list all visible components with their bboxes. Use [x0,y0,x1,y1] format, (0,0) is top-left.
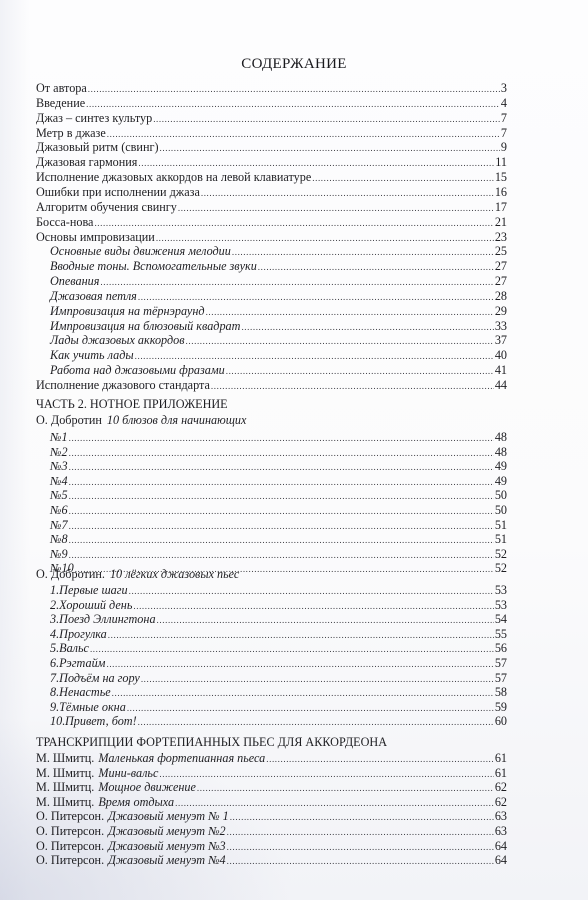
toc-entry: №449 [50,474,507,489]
toc-entry: М. Шмитц.Маленькая фортепианная пьеса61 [36,751,507,766]
toc-entry-work: Джазовый менуэт №2 [108,824,226,838]
toc-entry-title: №9 [50,547,68,562]
toc-entry-author: О. Питерсон. [36,839,104,853]
toc-entry-page: 64 [495,839,507,854]
dot-leader [226,364,494,379]
toc-entry: 4.Прогулка55 [50,627,507,642]
toc-entry: О. Питерсон.Джазовый менуэт № 163 [36,809,507,824]
dot-leader [178,201,494,216]
toc-entry: 9.Тёмные окна59 [50,700,507,715]
toc-entry-title: Джазовая гармония [36,155,137,170]
toc-entry: Джаз – синтез культур7 [36,111,507,126]
toc-entry: Работа над джазовыми фразами41 [50,363,507,378]
toc-entry-page: 57 [495,671,507,686]
dot-leader [156,231,494,246]
toc-entry-page: 27 [495,274,507,289]
toc-entry: Введение4 [36,96,507,111]
toc-entry: Импровизация на блюзовый квадрат33 [50,319,507,334]
toc-entry-page: 63 [495,809,507,824]
toc-entry-title: Тёмные окна [59,700,126,715]
dot-leader [201,186,494,201]
dot-leader [138,715,494,730]
toc-entry-page: 11 [495,155,507,170]
toc-entry-page: 33 [495,319,507,334]
toc-entry-title: Привет, бот! [65,714,137,729]
toc-entry-title: От автора [36,81,87,96]
pieces-collection-heading: О. Добротин.10 лёгких джазовых пьес [36,567,239,582]
toc-entry-page: 40 [495,348,507,363]
dot-leader [138,156,494,171]
toc-entry-work: Время отдыха [98,795,174,809]
toc-entry: 3.Поезд Эллингтона54 [50,612,507,627]
dot-leader [160,141,500,156]
toc-entry-page: 50 [495,503,507,518]
toc-entry-number: 7. [50,671,59,686]
toc-entry-title: Поезд Эллингтона [59,612,155,627]
toc-entry: 8.Ненастье58 [50,685,507,700]
toc-entry: О. Питерсон.Джазовый менуэт №464 [36,853,507,868]
toc-entry: №349 [50,459,507,474]
toc-entry-page: 60 [495,714,507,729]
toc-entry-title: Основы импровизации [36,230,155,245]
toc-entry-author: О. Питерсон. [36,853,104,867]
toc-entry-title: Джазовая петля [50,289,137,304]
toc-entry-page: 49 [495,474,507,489]
dot-leader [211,379,494,394]
toc-entry: Как учить лады40 [50,348,507,363]
toc-entry-page: 15 [495,170,507,185]
transcriptions-heading: ТРАНСКРИПЦИИ ФОРТЕПИАННЫХ ПЬЕС ДЛЯ АККОР… [36,735,387,750]
toc-entry-title: Основные виды движения мелодии [50,244,231,259]
toc-entry-page: 3 [501,81,507,96]
dot-leader [107,127,500,142]
toc-entry: Опевания27 [50,274,507,289]
toc-entry: М. Шмитц.Мощное движение62 [36,780,507,795]
toc-entry-title: №7 [50,518,68,533]
toc-entry-number: 4. [50,627,59,642]
toc-entry-work: Джазовый менуэт №4 [108,853,226,867]
toc-entry-number: 9. [50,700,59,715]
toc-entry: 5.Вальс56 [50,641,507,656]
toc-entry-page: 53 [495,598,507,613]
toc-entry-title: Лады джазовых аккордов [50,333,185,348]
blues-collection-title: 10 блюзов для начинающих [107,413,247,427]
toc-entry: О. Питерсон.Джазовый менуэт №263 [36,824,507,839]
toc-entry-page: 28 [495,289,507,304]
toc-entry-page: 16 [495,185,507,200]
toc-entry-number: 1. [50,583,59,598]
toc-entry-page: 29 [495,304,507,319]
toc-entry-title: Вальс [59,641,89,656]
toc-entry-author: М. Шмитц. [36,766,94,780]
pieces-author: О. Добротин. [36,567,105,581]
pieces-collection-title: 10 лёгких джазовых пьес [110,567,239,581]
toc-entry: Основы импровизации23 [36,230,507,245]
toc-entry: Джазовая гармония11 [36,155,507,170]
toc-entry-title: О. Питерсон.Джазовый менуэт №2 [36,824,226,839]
toc-entry-page: 61 [495,766,507,781]
dot-leader [135,349,494,364]
toc-entry: М. Шмитц.Время отдыха62 [36,795,507,810]
dot-leader [312,171,494,186]
toc-entry: О. Питерсон.Джазовый менуэт №364 [36,839,507,854]
toc-entry: Босса-нова21 [36,215,507,230]
toc-entry-page: 63 [495,824,507,839]
toc-entry-author: О. Питерсон. [36,824,104,838]
toc-entry: 10.Привет, бот!60 [50,714,507,729]
toc-entry-title: Первые шаги [59,583,127,598]
toc-entry-page: 64 [495,853,507,868]
toc-entry-title: М. Шмитц.Мини-вальс [36,766,158,781]
toc-entry-page: 7 [501,126,507,141]
toc-entry: От автора3 [36,81,507,96]
part2-heading: ЧАСТЬ 2. НОТНОЕ ПРИЛОЖЕНИЕ [36,397,228,412]
toc-entry-work: Мощное движение [98,780,196,794]
toc-entry-number: 5. [50,641,59,656]
toc-entry-page: 52 [495,561,507,576]
toc-entry-work: Мини-вальс [98,766,158,780]
toc-entry: 6.Рэгтайм57 [50,656,507,671]
toc-entry: М. Шмитц.Мини-вальс61 [36,766,507,781]
toc-entry: 7.Подъём на гору57 [50,671,507,686]
toc-entry-page: 51 [495,532,507,547]
toc-entry-title: М. Шмитц.Маленькая фортепианная пьеса [36,751,265,766]
toc-entry-page: 48 [495,445,507,460]
toc-entry: №148 [50,430,507,445]
toc-entry-page: 9 [501,140,507,155]
toc-entry-number: 8. [50,685,59,700]
toc-entry-title: Босса-нова [36,215,93,230]
toc-entry-page: 52 [495,547,507,562]
toc-entry-title: Как учить лады [50,348,134,363]
toc-entry-title: М. Шмитц.Мощное движение [36,780,196,795]
dot-leader [100,275,493,290]
toc-entry: 2.Хороший день53 [50,598,507,613]
toc-entry-title: Джазовый ритм (свинг) [36,140,159,155]
toc-entry-title: Исполнение джазовых аккордов на левой кл… [36,170,311,185]
toc-entry-page: 25 [495,244,507,259]
toc-entry-page: 49 [495,459,507,474]
toc-entry: Алгоритм обучения свингу17 [36,200,507,215]
toc-entry-page: 59 [495,700,507,715]
toc-entry-page: 62 [495,795,507,810]
toc-entry: №248 [50,445,507,460]
toc-entry-title: №1 [50,430,68,445]
toc-entry-title: Исполнение джазового стандарта [36,378,210,393]
toc-entry-title: Хороший день [59,598,132,613]
toc-entry-page: 62 [495,780,507,795]
toc-entry-page: 17 [495,200,507,215]
toc-entry-page: 58 [495,685,507,700]
dot-leader [227,854,494,869]
toc-entry: Вводные тоны. Вспомогательные звуки27 [50,259,507,274]
dot-leader [206,305,494,320]
toc-title: СОДЕРЖАНИЕ [0,56,588,73]
toc-entry: №851 [50,532,507,547]
dot-leader [88,82,500,97]
toc-entry: №751 [50,518,507,533]
toc-entry: №550 [50,488,507,503]
toc-entry-title: Импровизация на тёрнэраунд [50,304,205,319]
toc-entry: Ошибки при исполнении джаза16 [36,185,507,200]
toc-entry-author: М. Шмитц. [36,751,94,765]
toc-entry-title: Работа над джазовыми фразами [50,363,225,378]
toc-entry-number: 6. [50,656,59,671]
toc-entry-title: №3 [50,459,68,474]
toc-entry: Импровизация на тёрнэраунд29 [50,304,507,319]
toc-entry-page: 53 [495,583,507,598]
toc-entry-title: О. Питерсон.Джазовый менуэт №4 [36,853,226,868]
toc-entry-title: Алгоритм обучения свингу [36,200,177,215]
toc-entry-title: №2 [50,445,68,460]
toc-entry-author: О. Питерсон. [36,809,104,823]
dot-leader [153,112,500,127]
toc-entry-title: Импровизация на блюзовый квадрат [50,319,240,334]
toc-entry: №952 [50,547,507,562]
toc-entry-page: 37 [495,333,507,348]
toc-entry: Основные виды движения мелодии25 [50,244,507,259]
toc-entry-title: О. Питерсон.Джазовый менуэт № 1 [36,809,229,824]
toc-entry-title: Ошибки при исполнении джаза [36,185,200,200]
toc-entry-title: Рэгтайм [59,656,105,671]
dot-leader [258,260,494,275]
toc-entry-page: 50 [495,488,507,503]
dot-leader [186,334,494,349]
toc-entry-page: 41 [495,363,507,378]
toc-entry-number: 10. [50,714,65,729]
blues-collection-heading: О. Добротин10 блюзов для начинающих [36,413,246,428]
toc-entry-number: 2. [50,598,59,613]
dot-leader [86,97,500,112]
toc-entry-page: 61 [495,751,507,766]
toc-entry: Лады джазовых аккордов37 [50,333,507,348]
toc-entry-title: №8 [50,532,68,547]
toc-entry-page: 55 [495,627,507,642]
toc-entry-title: М. Шмитц.Время отдыха [36,795,174,810]
toc-entry-title: Ненастье [59,685,111,700]
dot-leader [232,245,494,260]
toc-entry: Метр в джазе7 [36,126,507,141]
toc-entry-page: 44 [495,378,507,393]
toc-entry: 1.Первые шаги53 [50,583,507,598]
toc-entry-title: №5 [50,488,68,503]
toc-entry-title: О. Питерсон.Джазовый менуэт №3 [36,839,226,854]
blues-author: О. Добротин [36,413,102,427]
toc-entry-title: Вводные тоны. Вспомогательные звуки [50,259,257,274]
toc-entry-page: 21 [495,215,507,230]
dot-leader [94,216,493,231]
toc-entry-page: 51 [495,518,507,533]
toc-entry-title: Введение [36,96,85,111]
toc-entry-title: №4 [50,474,68,489]
toc-entry-page: 56 [495,641,507,656]
toc-entry: Джазовая петля28 [50,289,507,304]
toc-entry-author: М. Шмитц. [36,795,94,809]
toc-entry-page: 23 [495,230,507,245]
toc-entry-author: М. Шмитц. [36,780,94,794]
toc-entry-title: №6 [50,503,68,518]
toc-entry-page: 48 [495,430,507,445]
toc-entry-work: Маленькая фортепианная пьеса [98,751,265,765]
toc-entry: Исполнение джазового стандарта44 [36,378,507,393]
dot-leader [241,320,493,335]
toc-entry-title: Джаз – синтез культур [36,111,152,126]
toc-entry: Исполнение джазовых аккордов на левой кл… [36,170,507,185]
toc-entry-page: 7 [501,111,507,126]
dot-leader [138,290,494,305]
toc-entry-page: 54 [495,612,507,627]
toc-entry-title: Опевания [50,274,99,289]
toc-entry-number: 3. [50,612,59,627]
toc-entry-page: 57 [495,656,507,671]
toc-entry: Джазовый ритм (свинг)9 [36,140,507,155]
toc-entry-page: 4 [501,96,507,111]
toc-entry-work: Джазовый менуэт №3 [108,839,226,853]
toc-entry: №650 [50,503,507,518]
toc-entry-title: Прогулка [59,627,107,642]
toc-entry-title: Метр в джазе [36,126,106,141]
toc-entry-page: 27 [495,259,507,274]
toc-entry-work: Джазовый менуэт № 1 [108,809,229,823]
toc-entry-title: Подъём на гору [59,671,140,686]
